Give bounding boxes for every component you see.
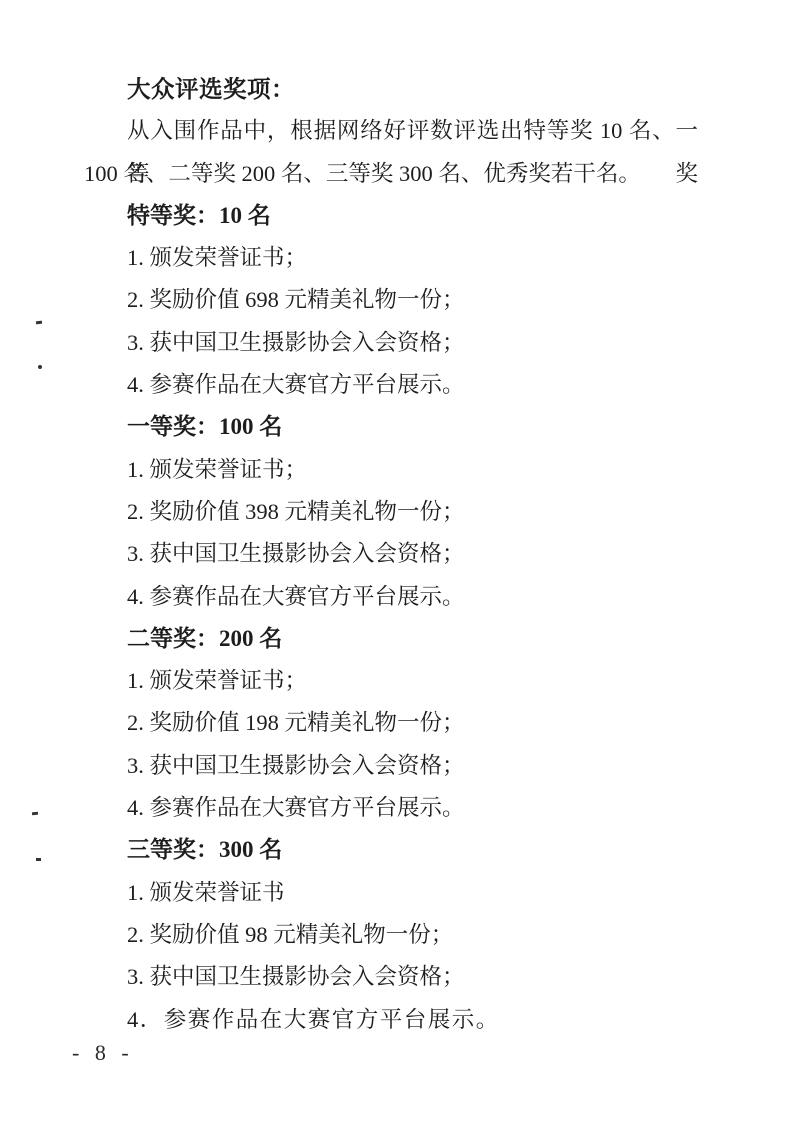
intro-paragraph-line-2: 100 名、二等奖 200 名、三等奖 300 名、优秀奖若干名。 xyxy=(84,153,698,195)
award-item: 3. 获中国卫生摄影协会入会资格； xyxy=(84,956,698,998)
award-title-first-prize: 一等奖：100 名 xyxy=(84,406,698,448)
award-item: 2. 奖励价值 198 元精美礼物一份； xyxy=(84,702,698,744)
award-item: 1. 颁发荣誉证书 xyxy=(84,872,698,914)
award-item: 3. 获中国卫生摄影协会入会资格； xyxy=(84,745,698,787)
award-item: 3. 获中国卫生摄影协会入会资格； xyxy=(84,322,698,364)
award-title-second-prize: 二等奖：200 名 xyxy=(84,618,698,660)
heading-public-vote-awards: 大众评选奖项： xyxy=(84,68,698,110)
award-item: 1. 颁发荣誉证书； xyxy=(84,237,698,279)
award-item: 1. 颁发荣誉证书； xyxy=(84,660,698,702)
award-item: 4. 参赛作品在大赛官方平台展示。 xyxy=(84,787,698,829)
award-item: 2. 奖励价值 98 元精美礼物一份； xyxy=(84,914,698,956)
award-item: 3. 获中国卫生摄影协会入会资格； xyxy=(84,533,698,575)
award-item: 2. 奖励价值 698 元精美礼物一份； xyxy=(84,279,698,321)
award-item: 4. 参赛作品在大赛官方平台展示。 xyxy=(84,576,698,618)
scan-speckle xyxy=(36,321,42,325)
award-title-special-prize: 特等奖：10 名 xyxy=(84,195,698,237)
document-page: 大众评选奖项： 从入围作品中，根据网络好评数评选出特等奖 10 名、一等奖 10… xyxy=(0,0,800,1125)
award-title-third-prize: 三等奖：300 名 xyxy=(84,829,698,871)
scan-speckle xyxy=(38,365,42,369)
document-body: 大众评选奖项： 从入围作品中，根据网络好评数评选出特等奖 10 名、一等奖 10… xyxy=(84,68,698,1041)
intro-paragraph-line-1: 从入围作品中，根据网络好评数评选出特等奖 10 名、一等奖 xyxy=(84,110,698,152)
award-item: 4．参赛作品在大赛官方平台展示。 xyxy=(84,999,698,1041)
award-item: 4. 参赛作品在大赛官方平台展示。 xyxy=(84,364,698,406)
page-number: - 8 - xyxy=(72,1038,134,1068)
scan-speckle xyxy=(32,812,38,816)
scan-speckle xyxy=(36,858,41,861)
award-item: 1. 颁发荣誉证书； xyxy=(84,449,698,491)
award-item: 2. 奖励价值 398 元精美礼物一份； xyxy=(84,491,698,533)
